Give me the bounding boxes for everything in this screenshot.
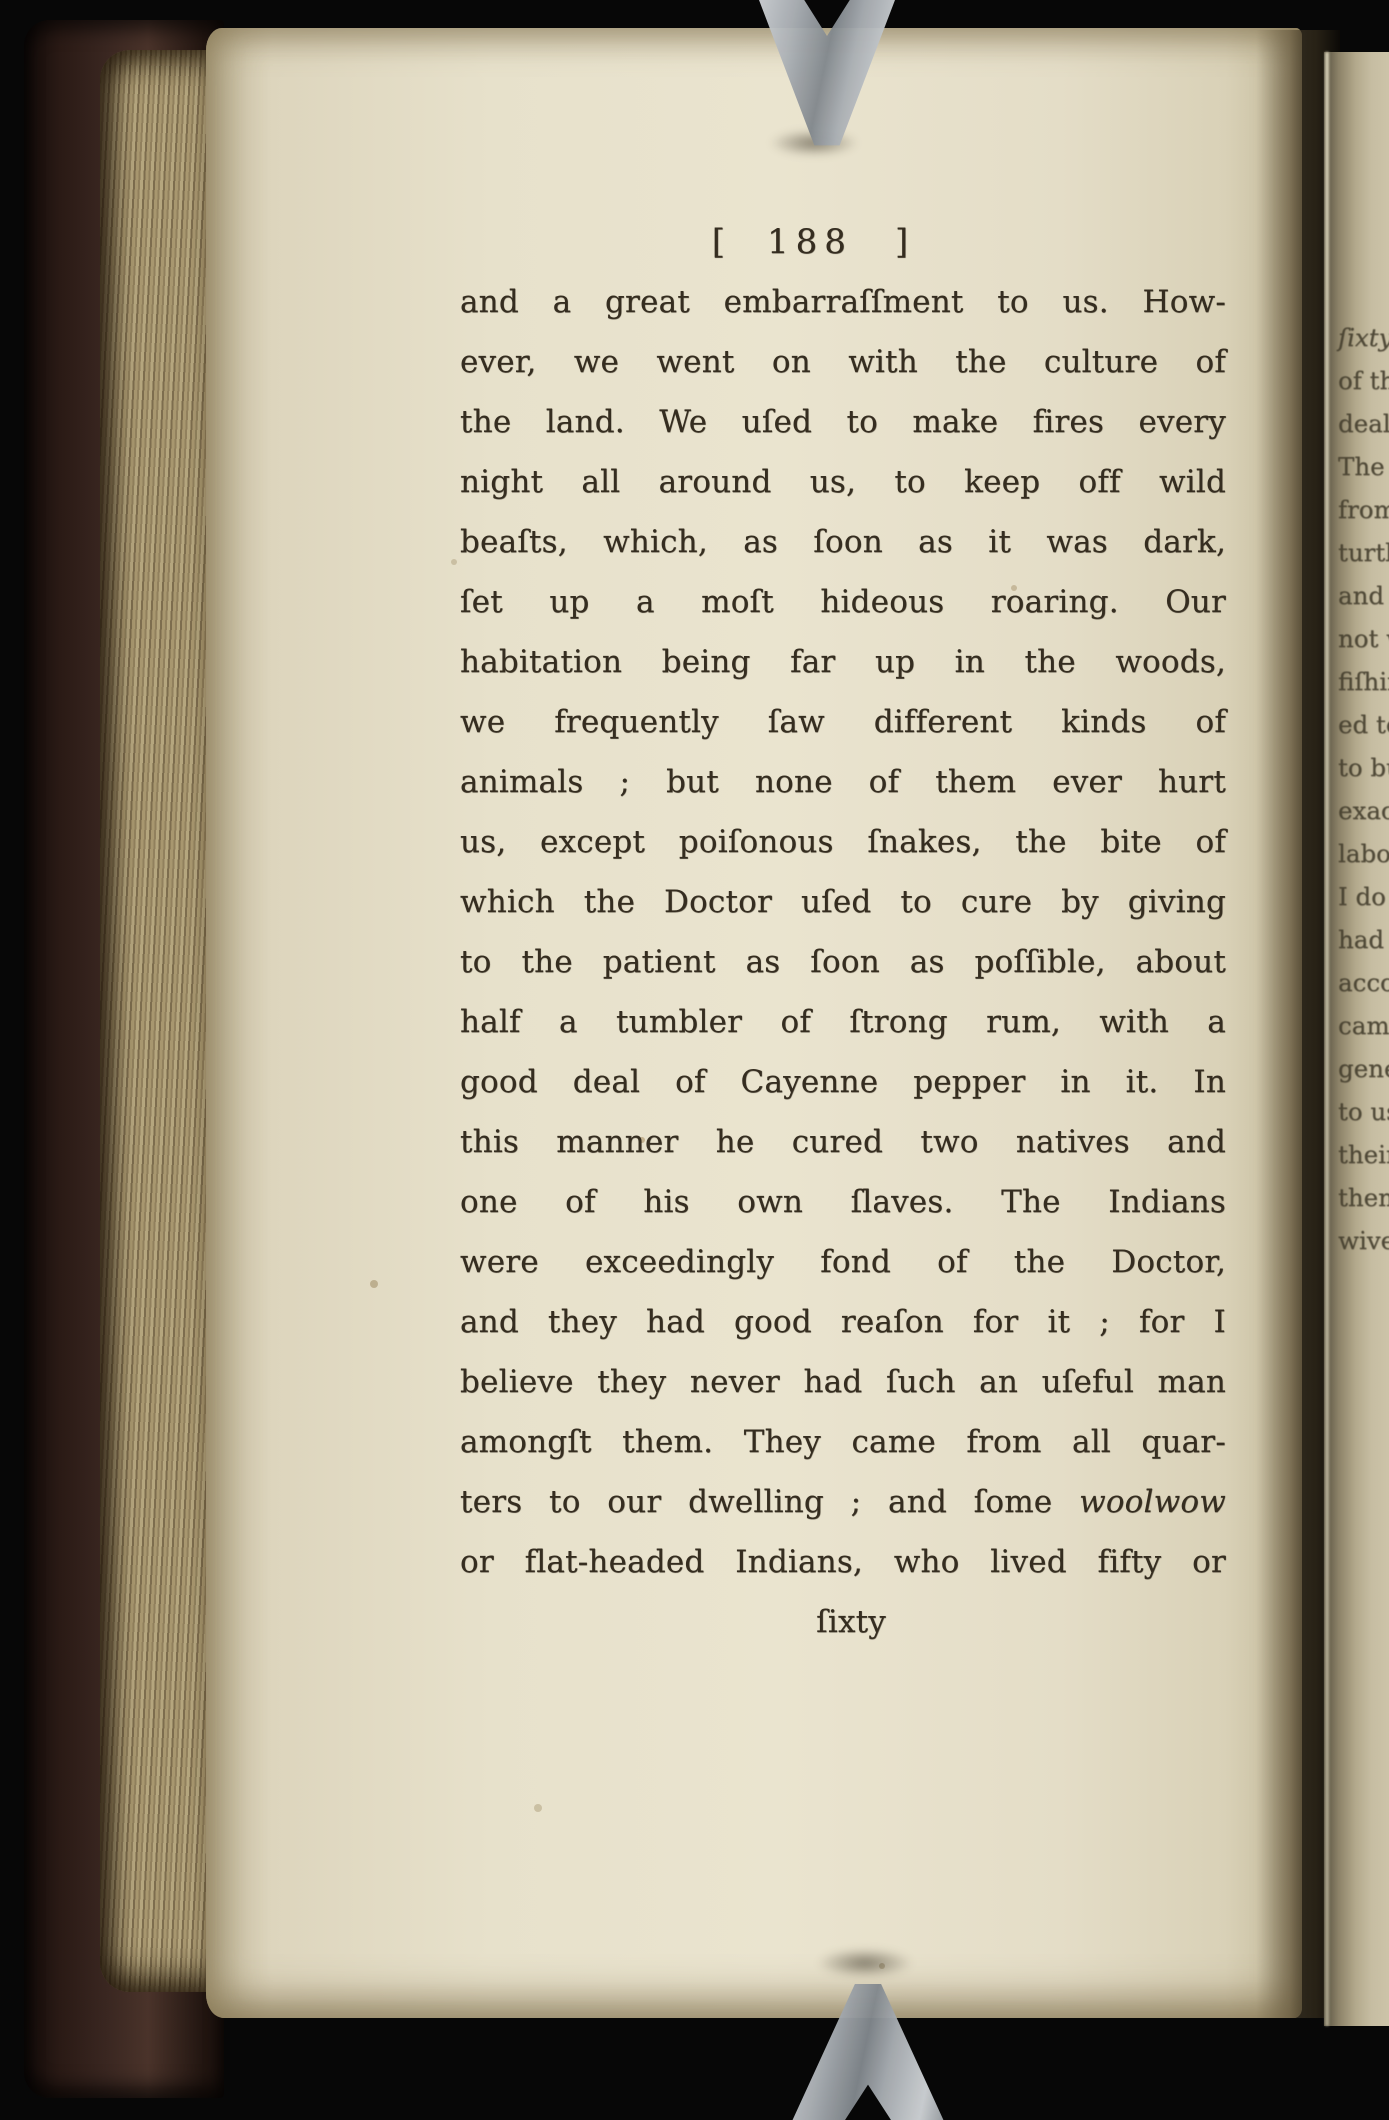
- facing-page-line: to bui: [1338, 746, 1389, 789]
- catchword: ſixty: [460, 1592, 1226, 1652]
- paper-speckles: [0, 0, 4, 4]
- text-line: to the patient as ſoon as poſſible, abou…: [460, 932, 1226, 992]
- clip-shadow: [798, 1942, 932, 1984]
- text-line-with-italic: ters to our dwelling ; and ſome woolwow: [460, 1472, 1226, 1532]
- facing-page-line: came: [1338, 1004, 1389, 1047]
- facing-page-line: ed to: [1338, 703, 1389, 746]
- facing-page-line: I do n: [1338, 875, 1389, 918]
- facing-page-line: not w: [1338, 617, 1389, 660]
- facing-page-line: fiſhing: [1338, 660, 1389, 703]
- page-fore-edge-stack: [100, 50, 222, 1992]
- text-line-roman-part: ters to our dwelling ; and ſome: [460, 1484, 1079, 1520]
- facing-page-line: had m: [1338, 918, 1389, 961]
- page-header: [ 188 ]: [460, 212, 1160, 272]
- text-line: us, except poiſonous ſnakes, the bite of: [460, 812, 1226, 872]
- page-text-block: and a great embarraſſment to us. How- ev…: [460, 272, 1226, 1652]
- facing-page-line: accom: [1338, 961, 1389, 1004]
- text-line: good deal of Cayenne pepper in it. In: [460, 1052, 1226, 1112]
- text-line: the land. We uſed to make fires every: [460, 392, 1226, 452]
- text-line: habitation being far up in the woods,: [460, 632, 1226, 692]
- facing-page-line: their: [1338, 1133, 1389, 1176]
- text-line: beaſts, which, as ſoon as it was dark,: [460, 512, 1226, 572]
- text-line: amongſt them. They came from all quar-: [460, 1412, 1226, 1472]
- text-line: which the Doctor uſed to cure by giving: [460, 872, 1226, 932]
- text-line: and they had good reaſon for it ; for I: [460, 1292, 1226, 1352]
- page-number: 188: [767, 222, 853, 262]
- text-line: or flat-headed Indians, who lived fifty …: [460, 1532, 1226, 1592]
- header-open-bracket: [: [712, 222, 725, 262]
- text-line: ever, we went on with the culture of: [460, 332, 1226, 392]
- facing-page-line: genera: [1338, 1047, 1389, 1090]
- facing-page-line: of the: [1338, 359, 1389, 402]
- facing-page-line: wives: [1338, 1219, 1389, 1262]
- text-line: animals ; but none of them ever hurt: [460, 752, 1226, 812]
- header-close-bracket: ]: [895, 222, 908, 262]
- facing-page-line: ſixty mi: [1338, 316, 1389, 359]
- facing-page-line: deal of f: [1338, 402, 1389, 445]
- facing-page-line: and ſo: [1338, 574, 1389, 617]
- text-line: and a great embarraſſment to us. How-: [460, 272, 1226, 332]
- facing-page-line: turtle: [1338, 531, 1389, 574]
- facing-page-line: to us,: [1338, 1090, 1389, 1133]
- text-line-italic-word: woolwow: [1079, 1484, 1226, 1520]
- text-line: were exceedingly fond of the Doctor,: [460, 1232, 1226, 1292]
- text-line: night all around us, to keep off wild: [460, 452, 1226, 512]
- text-line: half a tumbler of ſtrong rum, with a: [460, 992, 1226, 1052]
- facing-page-line: The p: [1338, 445, 1389, 488]
- text-line: ſet up a moſt hideous roaring. Our: [460, 572, 1226, 632]
- facing-page-text: ſixty mi of the deal of f The p from o t…: [1338, 316, 1389, 1262]
- facing-page-line: labour: [1338, 832, 1389, 875]
- facing-page-line: from o: [1338, 488, 1389, 531]
- text-line: believe they never had ſuch an uſeful ma…: [460, 1352, 1226, 1412]
- book-photo-scene: [ 188 ] and a great embarraſſment to us.…: [0, 0, 1389, 2120]
- text-line: we frequently ſaw different kinds of: [460, 692, 1226, 752]
- text-line: this manner he cured two natives and: [460, 1112, 1226, 1172]
- text-line: one of his own ſlaves. The Indians: [460, 1172, 1226, 1232]
- facing-page-line: them a: [1338, 1176, 1389, 1219]
- facing-page-line: exactly: [1338, 789, 1389, 832]
